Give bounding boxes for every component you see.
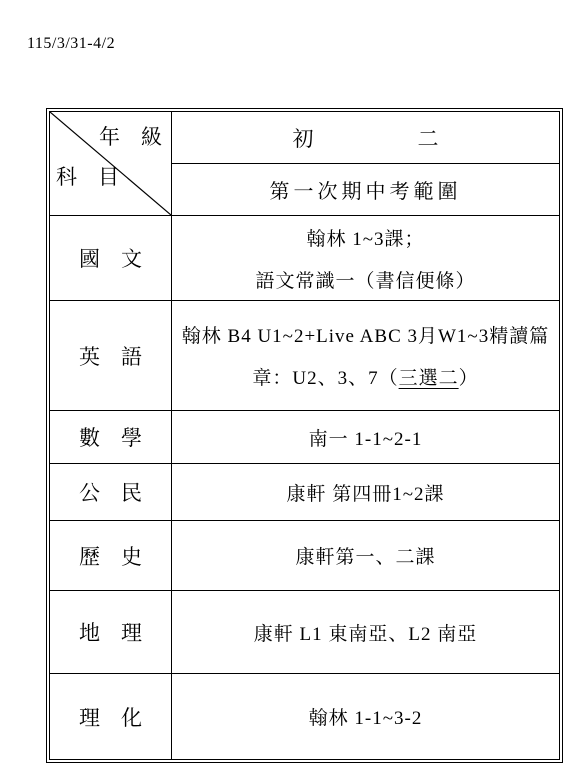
exam-table: 年 級 科 目 初 二 第一次期中考範圍 國 文 翰林 1~3課； 語文常識一（… bbox=[46, 108, 563, 763]
grade-char-first: 初 bbox=[293, 123, 314, 153]
content-cell: 康軒 L1 東南亞、L2 南亞 bbox=[172, 591, 559, 674]
subject-axis-label: 科 目 bbox=[56, 161, 119, 191]
scope-title-cell: 第一次期中考範圍 bbox=[172, 164, 559, 216]
content-cell: 翰林 B4 U1~2+Live ABC 3月W1~3精讀篇 章：U2、3、7（三… bbox=[172, 301, 559, 411]
content-line: 翰林 B4 U1~2+Live ABC 3月W1~3精讀篇 bbox=[172, 321, 559, 348]
content-cell: 康軒 第四冊1~2課 bbox=[172, 464, 559, 521]
subject-cell: 國 文 bbox=[50, 216, 172, 301]
content-line: 語文常識一（書信便條） bbox=[172, 266, 559, 293]
subject-cell: 英 語 bbox=[50, 301, 172, 411]
grade-axis-label: 年 級 bbox=[99, 121, 162, 151]
date-label: 115/3/31-4/2 bbox=[27, 35, 115, 53]
grade-cell: 初 二 bbox=[172, 112, 559, 164]
content-cell: 翰林 1-1~3-2 bbox=[172, 674, 559, 759]
content-cell: 翰林 1~3課； 語文常識一（書信便條） bbox=[172, 216, 559, 301]
content-line: 翰林 1~3課； bbox=[172, 224, 559, 251]
subject-cell: 歷 史 bbox=[50, 521, 172, 591]
subject-cell: 理 化 bbox=[50, 674, 172, 759]
subject-cell: 地 理 bbox=[50, 591, 172, 674]
content-line: 章：U2、3、7（三選二） bbox=[172, 363, 559, 390]
subject-cell: 數 學 bbox=[50, 411, 172, 464]
underlined-text: 三選二 bbox=[399, 368, 459, 389]
grade-char-second: 二 bbox=[418, 123, 439, 153]
corner-cell: 年 級 科 目 bbox=[50, 112, 172, 216]
content-cell: 南一 1-1~2-1 bbox=[172, 411, 559, 464]
subject-cell: 公 民 bbox=[50, 464, 172, 521]
content-cell: 康軒第一、二課 bbox=[172, 521, 559, 591]
